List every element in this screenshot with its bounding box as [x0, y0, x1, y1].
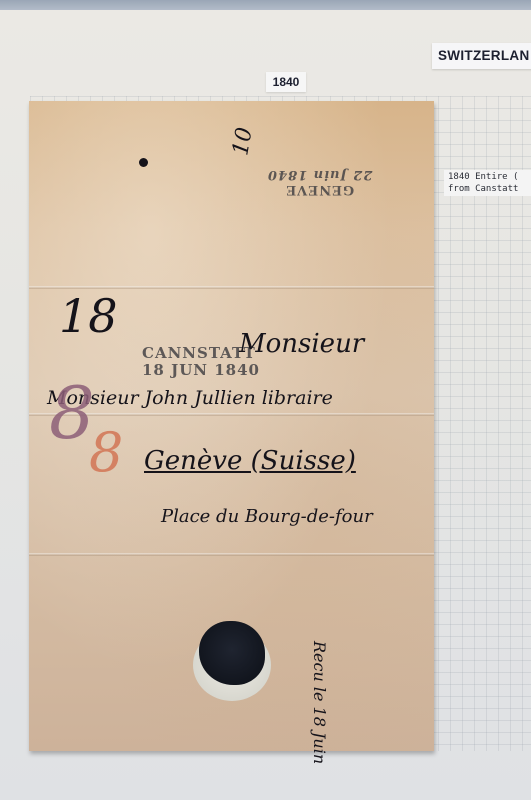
fold-line: [29, 553, 434, 556]
address-line-1: Monsieur: [239, 329, 364, 359]
docket-note: Recu le 18 Juin: [310, 641, 329, 764]
black-wax: [199, 621, 265, 685]
geneve-handstamp: GENEVE 22 Juin 1840: [267, 167, 372, 197]
ink-dot: [139, 158, 148, 167]
description-line-1: 1840 Entire (: [448, 172, 531, 184]
top-marking: 10: [228, 126, 257, 158]
red-crayon-mark: 8: [89, 421, 123, 484]
rate-marking: 18: [59, 289, 118, 343]
postal-entire-letter: 10 GENEVE 22 Juin 1840 18 CANNSTATT 18 J…: [29, 101, 434, 751]
wax-seal: [193, 621, 271, 701]
country-label: SWITZERLAN: [432, 43, 531, 69]
address-line-3: Genève (Suisse): [144, 446, 356, 476]
violet-crayon-mark: 8: [49, 371, 95, 455]
description-line-2: from Canstatt: [448, 184, 531, 196]
address-line-4: Place du Bourg-de-four: [161, 506, 373, 527]
description-label: 1840 Entire ( from Canstatt: [444, 170, 531, 196]
year-label: 1840: [266, 72, 306, 92]
